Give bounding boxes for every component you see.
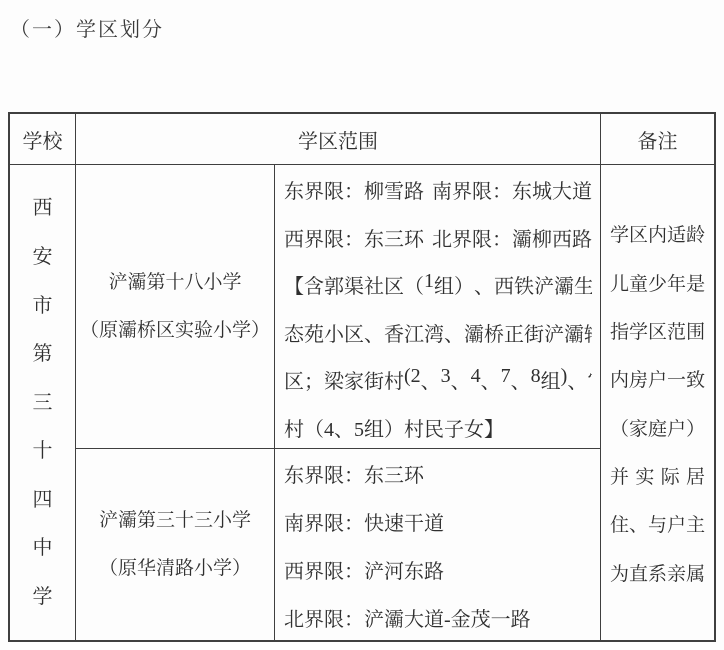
- note-line-6: 并实际居: [610, 451, 705, 499]
- note-line-5: （家庭户）: [610, 403, 705, 451]
- note-line-3: 指学区范围: [610, 306, 705, 354]
- note-line-7: 住、与户主: [610, 500, 705, 548]
- header-note: 备注: [601, 114, 714, 165]
- row1-detail-line-4: 村（4、5组）村民子女】: [284, 404, 592, 452]
- note-line-8: 为直系亲属: [610, 548, 705, 596]
- row1-detail-line-3: 区；梁家街村(2、3、4、7、8组)、官厅: [284, 356, 592, 404]
- document-page: （一）学区划分 学校 学区范围 备注 西安市第三十四中学 浐灞第十八小学 （原灞…: [0, 0, 724, 650]
- row1-school-name: 浐灞第十八小学: [108, 259, 241, 307]
- row1-north-boundary: 北界限：灞柳西路: [432, 223, 592, 252]
- note-line-1: 学区内适龄: [610, 209, 705, 257]
- note-cell: 学区内适龄 儿童少年是 指学区范围 内房户一致 （家庭户） 并实际居 住、与户主…: [601, 165, 714, 641]
- row1-range-cell: 东界限：柳雪路 南界限：东城大道 西界限：东三环 北界限：灞柳西路 【含郭渠社区…: [275, 165, 601, 449]
- row1-boundary-pair-1: 东界限：柳雪路 南界限：东城大道: [284, 166, 592, 214]
- header-range: 学区范围: [76, 114, 601, 165]
- school-column-cell: 西安市第三十四中学: [10, 165, 76, 641]
- page-title: （一）学区划分: [10, 13, 164, 42]
- row2-east-boundary: 东界限：东三环: [284, 449, 592, 497]
- note-line-4: 内房户一致: [610, 355, 705, 403]
- row1-boundary-pair-2: 西界限：东三环 北界限：灞柳西路: [284, 214, 592, 262]
- row1-west-boundary: 西界限：东三环: [284, 223, 424, 252]
- note-line-2: 儿童少年是: [610, 258, 705, 306]
- row2-school-former-name: （原华清路小学）: [99, 545, 251, 593]
- row2-west-boundary: 西界限：浐河东路: [284, 545, 592, 593]
- row1-detail-line-2: 态苑小区、香江湾、灞桥正街浐灞辖: [284, 309, 592, 357]
- row1-school-former-name: （原灞桥区实验小学）: [80, 307, 270, 355]
- row1-east-boundary: 东界限：柳雪路: [284, 175, 424, 204]
- row2-school-name-cell: 浐灞第三十三小学 （原华清路小学）: [76, 449, 275, 641]
- school-name-vertical: 西安市第三十四中学: [10, 165, 75, 641]
- row2-south-boundary: 南界限：快速干道: [284, 497, 592, 545]
- row2-range-cell: 东界限：东三环 南界限：快速干道 西界限：浐河东路 北界限：浐灞大道-金茂一路: [275, 449, 601, 641]
- row1-school-name-cell: 浐灞第十八小学 （原灞桥区实验小学）: [76, 165, 275, 449]
- row1-south-boundary: 南界限：东城大道: [432, 175, 592, 204]
- district-table: 学校 学区范围 备注 西安市第三十四中学 浐灞第十八小学 （原灞桥区实验小学） …: [8, 112, 716, 642]
- row2-school-name: 浐灞第三十三小学: [99, 497, 251, 545]
- header-school: 学校: [10, 114, 76, 165]
- row1-detail-line-1: 【含郭渠社区（1组）、西铁浐灞生: [284, 261, 592, 309]
- row2-north-boundary: 北界限：浐灞大道-金茂一路: [284, 593, 592, 641]
